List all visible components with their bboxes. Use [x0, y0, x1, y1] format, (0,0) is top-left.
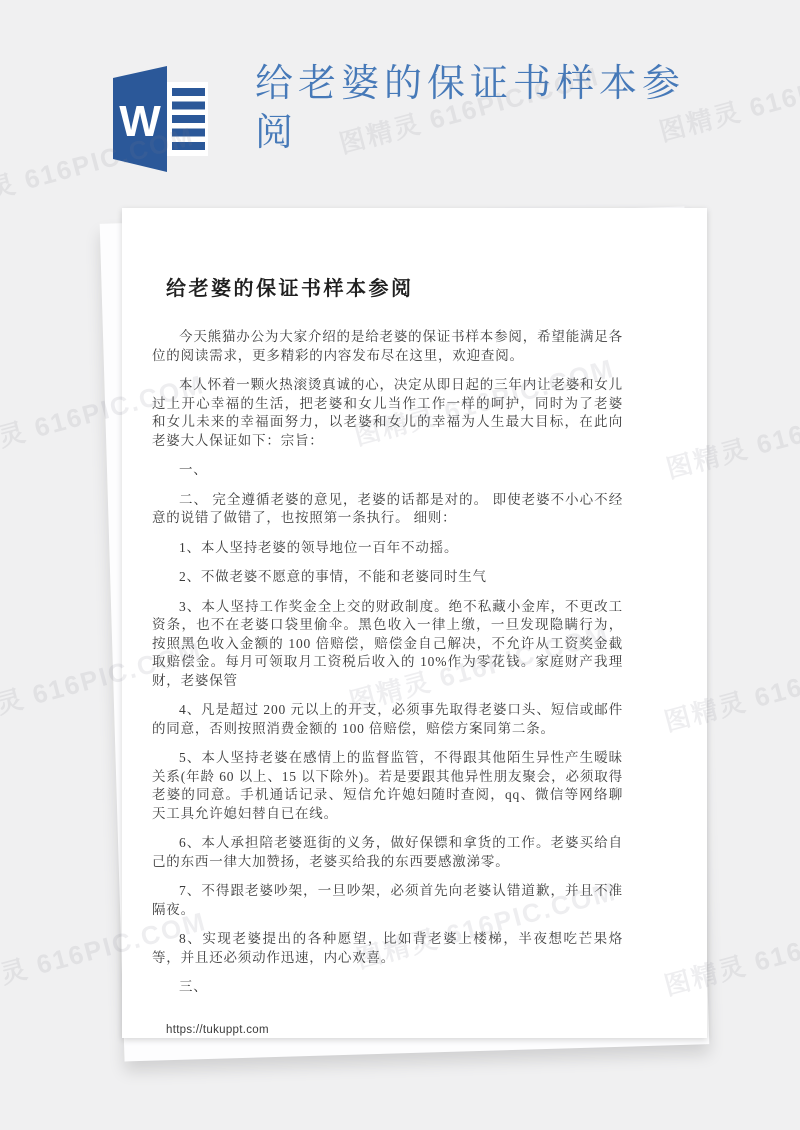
document-paragraph: 本人怀着一颗火热滚烫真诚的心，决定从即日起的三年内让老婆和女儿过上开心幸福的生活… [152, 376, 623, 450]
document-paragraph: 4、凡是超过 200 元以上的开支，必须事先取得老婆口头、短信或邮件的同意，否则… [152, 701, 623, 738]
document-paragraph: 2、不做老婆不愿意的事情，不能和老婆同时生气 [152, 568, 623, 587]
preview-canvas: { "page_background": "#f0f0f1", "header"… [0, 0, 800, 1130]
document-paragraph: 1、本人坚持老婆的领导地位一百年不动摇。 [152, 539, 623, 558]
document-paragraph: 三、 [152, 978, 623, 997]
document-paragraph: 今天熊猫办公为大家介绍的是给老婆的保证书样本参阅，希望能满足各位的阅读需求，更多… [152, 328, 623, 365]
page-title: 给老婆的保证书样本参 阅 [255, 60, 725, 158]
document-paragraph: 一、 [152, 461, 623, 480]
document-title: 给老婆的保证书样本参阅 [166, 272, 623, 301]
document-body: 今天熊猫办公为大家介绍的是给老婆的保证书样本参阅，希望能满足各位的阅读需求，更多… [152, 328, 623, 997]
document-footer-link[interactable]: https://tukuppt.com [166, 1024, 269, 1036]
word-icon-letter: W [119, 97, 161, 146]
document-paragraph: 3、本人坚持工作奖金全上交的财政制度。绝不私藏小金库，不更改工资条，也不在老婆口… [152, 598, 623, 691]
document-paragraph: 二、 完全遵循老婆的意见，老婆的话都是对的。 即使老婆不小心不经意的说错了做错了… [152, 491, 623, 528]
document-paragraph: 7、不得跟老婆吵架，一旦吵架，必须首先向老婆认错道歉，并且不准隔夜。 [152, 882, 623, 919]
page-title-line1: 给老婆的保证书样本参 [255, 60, 725, 109]
document-paragraph: 5、本人坚持老婆在感情上的监督监管，不得跟其他陌生异性产生暧昧关系(年龄 60 … [152, 749, 623, 823]
document-paragraph: 8、实现老婆提出的各种愿望，比如背老婆上楼梯，半夜想吃芒果烙等，并且还必须动作迅… [152, 930, 623, 967]
document-page: 给老婆的保证书样本参阅 今天熊猫办公为大家介绍的是给老婆的保证书样本参阅，希望能… [122, 208, 707, 1038]
document-paragraph: 6、本人承担陪老婆逛街的义务，做好保镖和拿货的工作。老婆买给自己的东西一律大加赞… [152, 834, 623, 871]
page-title-line2: 阅 [255, 109, 725, 158]
word-icon: W [100, 60, 210, 178]
